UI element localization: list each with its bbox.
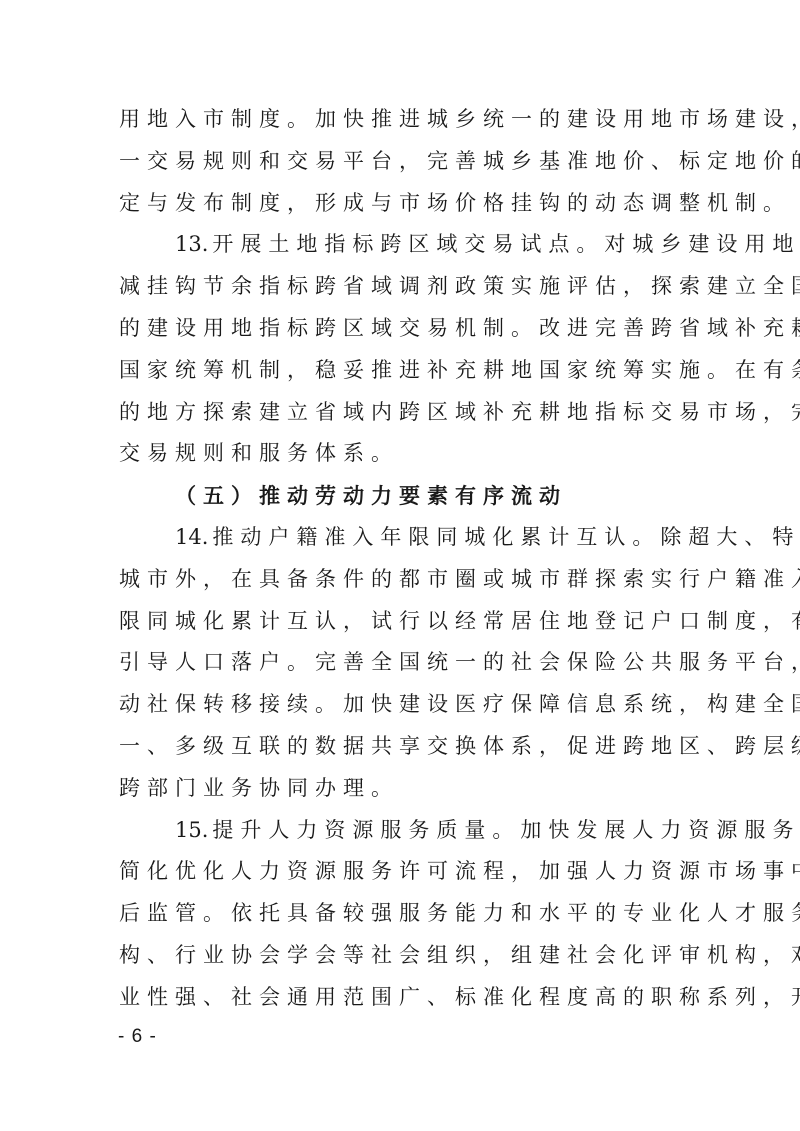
item-14-title: 推动户籍准入年限同城化累计互认。除超大、特大 [212,525,800,549]
text-line: 定与发布制度，形成与市场价格挂钩的动态调整机制。 [119,183,685,225]
item-15-title: 提升人力资源服务质量。加快发展人力资源服务业， [212,818,800,842]
text-line: 国家统筹机制，稳妥推进补充耕地国家统筹实施。在有条件 [119,350,685,392]
text-line: 构、行业协会学会等社会组织，组建社会化评审机构，对专 [119,935,685,977]
text-line: 简化优化人力资源服务许可流程，加强人力资源市场事中事 [119,851,685,893]
text-line: 限同城化累计互认，试行以经常居住地登记户口制度，有序 [119,601,685,643]
item-14-first-line: 14.推动户籍准入年限同城化累计互认。除超大、特大 [119,517,685,559]
item-number: 13. [175,232,208,256]
text-line: 的地方探索建立省域内跨区域补充耕地指标交易市场，完善 [119,392,685,434]
item-13-title: 开展土地指标跨区域交易试点。对城乡建设用地增 [212,232,800,256]
item-13-first-line: 13.开展土地指标跨区域交易试点。对城乡建设用地增 [119,224,685,266]
item-number: 15. [175,818,208,842]
item-number: 14. [175,525,208,549]
text-line: 一、多级互联的数据共享交换体系，促进跨地区、跨层级、 [119,726,685,768]
text-line: 引导人口落户。完善全国统一的社会保险公共服务平台，推 [119,642,685,684]
text-line: 的建设用地指标跨区域交易机制。改进完善跨省域补充耕地 [119,308,685,350]
text-line: 城市外，在具备条件的都市圈或城市群探索实行户籍准入年 [119,559,685,601]
text-line: 用地入市制度。加快推进城乡统一的建设用地市场建设，统 [119,99,685,141]
text-line: 一交易规则和交易平台，完善城乡基准地价、标定地价的制 [119,141,685,183]
text-line: 交易规则和服务体系。 [119,433,685,475]
page-number: - 6 - [118,1026,157,1048]
text-line: 跨部门业务协同办理。 [119,768,685,810]
text-line: 动社保转移接续。加快建设医疗保障信息系统，构建全国统 [119,684,685,726]
text-line: 业性强、社会通用范围广、标准化程度高的职称系列，开展 [119,977,685,1019]
text-line: 减挂钩节余指标跨省域调剂政策实施评估，探索建立全国性 [119,266,685,308]
item-15-first-line: 15.提升人力资源服务质量。加快发展人力资源服务业， [119,810,685,852]
section-heading: （五）推动劳动力要素有序流动 [119,475,685,517]
body-text: 用地入市制度。加快推进城乡统一的建设用地市场建设，统 一交易规则和交易平台，完善… [119,99,685,1019]
text-line: 后监管。依托具备较强服务能力和水平的专业化人才服务机 [119,893,685,935]
document-page: 用地入市制度。加快推进城乡统一的建设用地市场建设，统 一交易规则和交易平台，完善… [0,0,800,1131]
